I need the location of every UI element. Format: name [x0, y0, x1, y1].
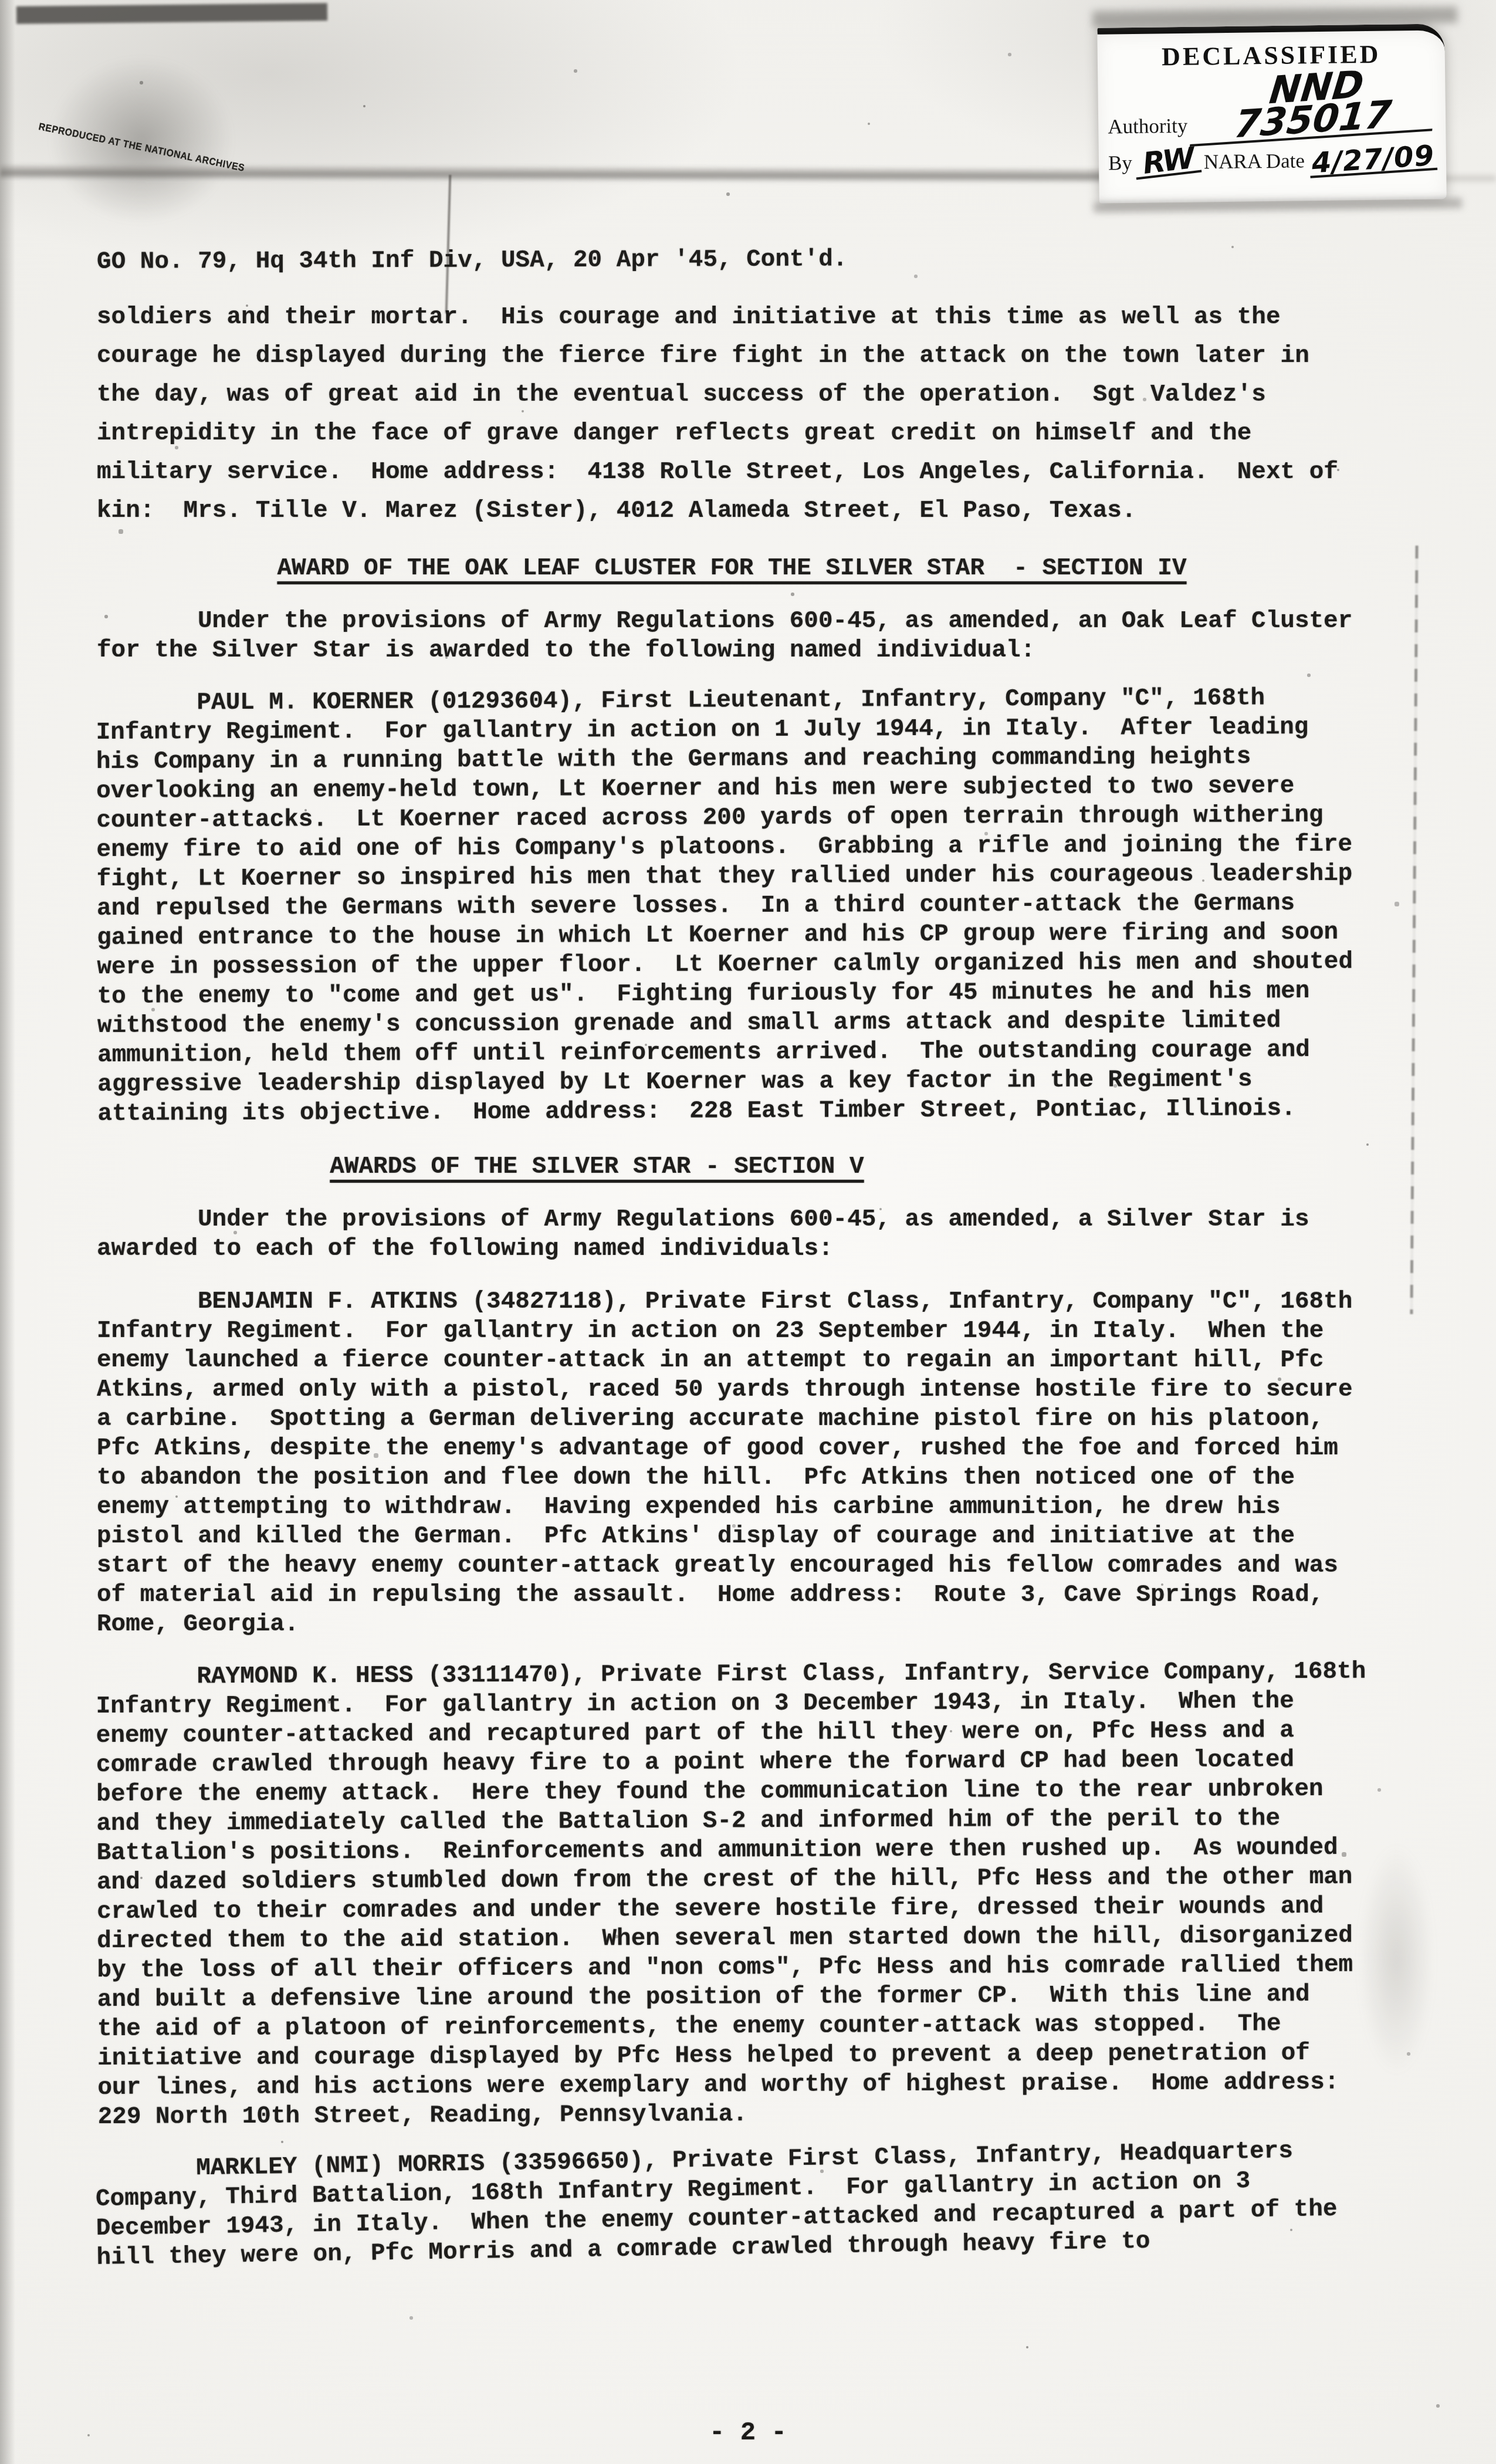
continuation-paragraph-valdez: soldiers and their mortar. His courage a… [97, 298, 1367, 530]
scan-right-edge-scratch [1410, 546, 1418, 1314]
nara-date-handwritten-value: 4/27/09 [1309, 144, 1438, 178]
scan-speckles [0, 0, 1, 1]
by-label: By [1108, 151, 1132, 177]
section-iv-heading: AWARD OF THE OAK LEAF CLUSTER FOR THE SI… [97, 554, 1367, 583]
scan-left-edge-shadow [0, 0, 15, 2464]
citation-paragraph-hess: RAYMOND K. HESS (33111470), Private Firs… [96, 1657, 1368, 2132]
scan-stamp-smudge [15, 26, 268, 255]
citation-paragraph-morris: MARKLEY (NMI) MORRIS (33596650), Private… [95, 2135, 1367, 2273]
citation-paragraph-atkins: BENJAMIN F. ATKINS (34827118), Private F… [97, 1287, 1367, 1639]
authority-handwritten-value: NND 735017 [1190, 64, 1440, 147]
by-handwritten-initials: RW [1133, 145, 1202, 180]
page-number: - 2 - [0, 2418, 1496, 2448]
citation-paragraph-koerner: PAUL M. KOERNER (01293604), First Lieute… [96, 683, 1368, 1129]
declassified-date-row: By RW NARA Date 4/27/09 [1099, 145, 1447, 178]
section-v-heading: AWARDS OF THE SILVER STAR - SECTION V [0, 1152, 1232, 1182]
declassified-authority-row: Authority NND 735017 [1098, 70, 1446, 141]
authority-label: Authority [1108, 114, 1188, 141]
declassified-stamp: DECLASSIFIED Authority NND 735017 By RW … [1097, 23, 1447, 203]
typewritten-body: GO No. 79, Hq 34th Inf Div, USA, 20 Apr … [97, 245, 1367, 2273]
nara-date-label: NARA Date [1204, 150, 1305, 177]
document-page: REPRODUCED AT THE NATIONAL ARCHIVES DECL… [0, 0, 1496, 2464]
section-iv-intro-paragraph: Under the provisions of Army Regulations… [97, 607, 1367, 665]
scan-top-smudge-bar [16, 3, 327, 24]
section-v-intro-paragraph: Under the provisions of Army Regulations… [97, 1205, 1367, 1264]
general-order-header-line: GO No. 79, Hq 34th Inf Div, USA, 20 Apr … [97, 243, 1367, 277]
